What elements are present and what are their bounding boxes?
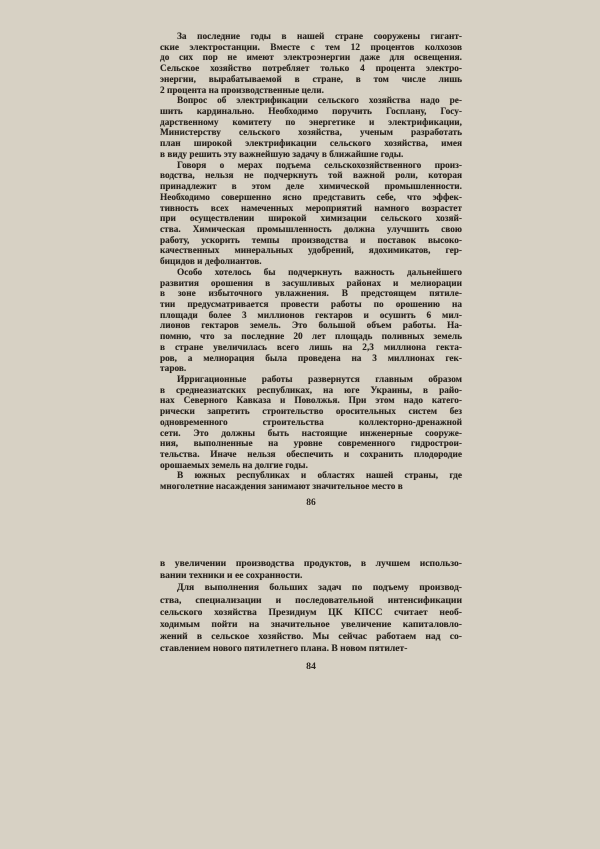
text-line: вании техники и ее сохранности. — [160, 570, 462, 582]
text-line: ства. Химическая промышленность должна у… — [160, 225, 462, 236]
text-line: Министерству сельского хозяйства, ученым… — [160, 128, 462, 139]
text-line: таров. — [160, 364, 462, 375]
page-84-text-block: в увеличении производства продуктов, в л… — [160, 558, 462, 656]
page-number-86: 86 — [160, 498, 462, 508]
text-line: в виду решить эту важнейшую задачу в бли… — [160, 150, 462, 161]
text-line: Особо хотелось бы подчеркнуть важность д… — [160, 268, 462, 279]
text-line: энергии, вырабатываемой в стране, в том … — [160, 75, 462, 86]
text-line: многолетние насаждения занимают значител… — [160, 482, 462, 493]
text-line: водства, нельзя не подчеркнуть той важно… — [160, 171, 462, 182]
text-line: В южных республиках и областях нашей стр… — [160, 471, 462, 482]
text-line: ские электростанции. Вместе с тем 12 про… — [160, 43, 462, 54]
text-line: помню, что за последние 20 лет площадь п… — [160, 332, 462, 343]
text-line: сельского хозяйства Президиум ЦК КПСС сч… — [160, 607, 462, 619]
text-line: Говоря о мерах подъема сельскохозяйствен… — [160, 161, 462, 172]
text-line: принадлежит в этом деле химической промы… — [160, 182, 462, 193]
text-line: Необходимо совершенно ясно представить с… — [160, 193, 462, 204]
text-line: ния, выполненные на уровне современного … — [160, 439, 462, 450]
text-line: За последние годы в нашей стране сооруже… — [160, 32, 462, 43]
text-line: в стране увеличилась всего лишь на 2,3 м… — [160, 343, 462, 354]
text-line: тии предусматривается провести работы по… — [160, 300, 462, 311]
page-number-84: 84 — [160, 661, 462, 672]
text-line: рически запретить строительство оросител… — [160, 407, 462, 418]
text-line: план широкой электрификации сельского хо… — [160, 139, 462, 150]
text-line: дарственному комитету по энергетике и эл… — [160, 118, 462, 129]
text-line: сети. Это должны быть настоящие инженерн… — [160, 429, 462, 440]
text-line: Ирригационные работы развернутся главным… — [160, 375, 462, 386]
text-line: Вопрос об электрификации сельского хозяй… — [160, 96, 462, 107]
text-line: шить кардинально. Необходимо поручить Го… — [160, 107, 462, 118]
text-line: качественных минеральных удобрений, ядох… — [160, 246, 462, 257]
page-86-text-block: За последние годы в нашей стране сооруже… — [160, 32, 462, 493]
text-line: бицидов и дефолиантов. — [160, 257, 462, 268]
text-line: лионов гектаров земель. Это большой объе… — [160, 321, 462, 332]
text-line: Для выполнения больших задач по подъему … — [160, 582, 462, 594]
text-line: нах Северного Кавказа и Поволжья. При эт… — [160, 396, 462, 407]
text-line: в зоне избыточного увлажнения. В предсто… — [160, 289, 462, 300]
text-line: Сельское хозяйство потребляет только 4 п… — [160, 64, 462, 75]
text-line: развития орошения в засушливых районах и… — [160, 279, 462, 290]
text-line: при осуществлении широкой химизации сель… — [160, 214, 462, 225]
text-line: до сих пор не имеют электроэнергии даже … — [160, 53, 462, 64]
text-line: жений в сельское хозяйство. Мы сейчас ра… — [160, 631, 462, 643]
text-line: в увеличении производства продуктов, в л… — [160, 558, 462, 570]
text-line: в среднеазиатских республиках, на юге Ук… — [160, 386, 462, 397]
text-line: орошаемых земель на долгие годы. — [160, 461, 462, 472]
text-line: одновременного строительства коллекторно… — [160, 418, 462, 429]
text-line: ставлением нового пятилетнего плана. В н… — [160, 643, 462, 655]
text-line: тивность всех намеченных мероприятий нам… — [160, 204, 462, 215]
scanned-book-spread: За последние годы в нашей стране сооруже… — [0, 0, 600, 849]
text-line: ров, а мелиорация была проведена на 3 ми… — [160, 354, 462, 365]
text-line: 2 процента на производственные цели. — [160, 86, 462, 97]
text-line: работу, ускорить темпы производства и по… — [160, 236, 462, 247]
text-line: ходимым пойти на значительное увеличение… — [160, 619, 462, 631]
text-line: ства, специализации и последовательной и… — [160, 595, 462, 607]
text-line: тельства. Иначе нельзя обеспечить и сохр… — [160, 450, 462, 461]
text-line: площади более 3 миллионов гектаров и осу… — [160, 311, 462, 322]
